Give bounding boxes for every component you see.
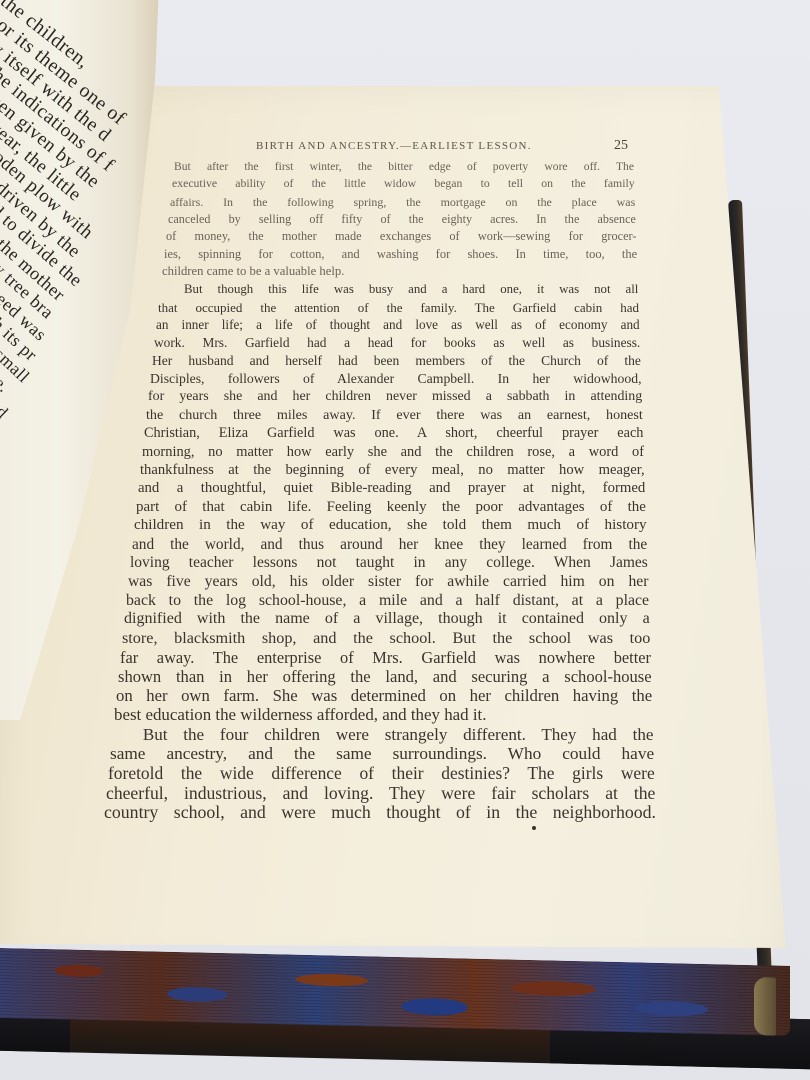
text-line: canceled by selling off fifty of the eig…: [168, 212, 636, 227]
text-line: country school, and were much thought of…: [104, 802, 656, 823]
text-line: But after the first winter, the bitter e…: [174, 160, 634, 173]
text-line: and the world, and thus around her knee …: [132, 536, 647, 554]
text-line: children in the way of education, she to…: [134, 517, 647, 534]
text-line: that occupied the attention of the famil…: [158, 300, 639, 316]
running-head: BIRTH AND ANCESTRY.—EARLIEST LESSON.: [256, 140, 532, 152]
text-line: was five years old, his older sister for…: [128, 573, 648, 591]
text-line: loving teacher lessons not taught in any…: [130, 554, 648, 572]
text-line: morning, no matter how early she and the…: [142, 444, 644, 461]
text-line: for years she and her children never mis…: [148, 389, 642, 405]
text-line: an inner life; a life of thought and lov…: [156, 317, 640, 333]
text-line: foretold the wide difference of their de…: [108, 763, 655, 784]
page-number: 25: [614, 138, 628, 154]
text-line: work. Mrs. Garfield had a head for books…: [154, 335, 640, 351]
text-line: far away. The enterprise of Mrs. Garfiel…: [120, 648, 651, 668]
text-line: of money, the mother made exchanges of w…: [166, 229, 637, 244]
page-block-corner: [754, 977, 776, 1035]
text-line: But the four children were strangely dif…: [143, 725, 654, 745]
text-line: thankfulness at the beginning of every m…: [140, 462, 645, 479]
text-line: Disciples, followers of Alexander Campbe…: [150, 371, 642, 387]
text-line: dignified with the name of a village, th…: [124, 610, 650, 628]
text-line: shown than in her offering the land, and…: [118, 667, 652, 687]
text-line: But though this life was busy and a hard…: [184, 282, 638, 297]
text-line: the church three miles away. If ever the…: [146, 407, 643, 424]
text-line: best education the wilderness afforded, …: [114, 705, 653, 725]
text-line: ies, spinning for cotton, and washing fo…: [164, 247, 637, 262]
text-line: children came to be a valuable help.: [162, 264, 638, 279]
text-line: on her own farm. She was determined on h…: [116, 686, 652, 706]
text-line: executive ability of the little widow be…: [172, 177, 635, 190]
text-line: back to the log school-house, a mile and…: [126, 592, 649, 610]
text-line: cheerful, industrious, and loving. They …: [106, 783, 655, 804]
text-line: and a thoughtful, quiet Bible-reading an…: [138, 480, 645, 497]
text-line: Christian, Eliza Garfield was one. A sho…: [144, 425, 643, 442]
ink-dot: [532, 826, 536, 830]
text-line: same ancestry, and the same surroundings…: [110, 744, 654, 764]
text-line: part of that cabin life. Feeling keenly …: [136, 499, 646, 516]
text-line: affairs. In the following spring, the mo…: [170, 195, 635, 210]
text-line: store, blacksmith shop, and the school. …: [122, 629, 650, 648]
text-line: Her husband and herself had been members…: [152, 353, 641, 369]
